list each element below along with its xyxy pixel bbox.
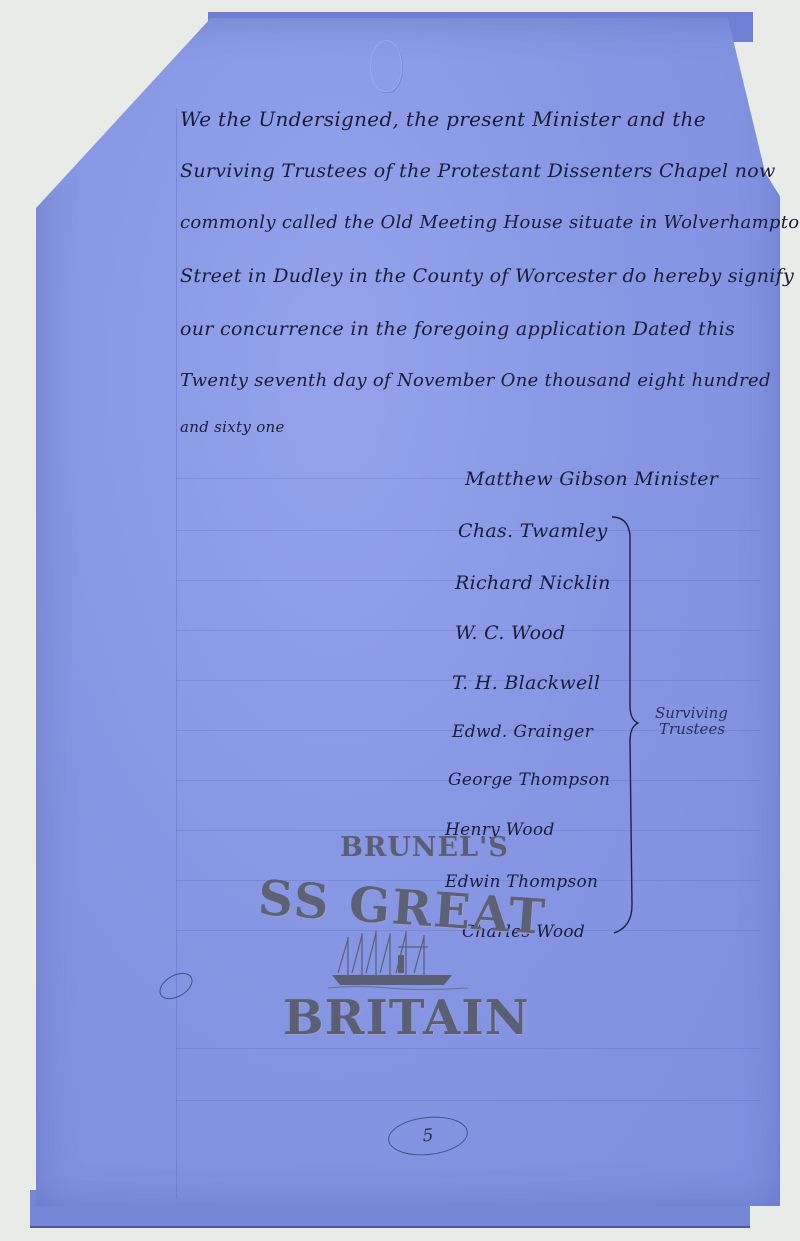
body-line-3: commonly called the Old Meeting House si… <box>180 212 800 233</box>
body-line-6: Twenty seventh day of November One thous… <box>180 370 771 391</box>
margin-rule <box>176 108 177 1198</box>
trustee-signature: Edwd. Grainger <box>452 722 593 742</box>
body-line-1: We the Undersigned, the present Minister… <box>180 107 706 131</box>
watermark-brunels: BRUNEL'S <box>340 832 509 863</box>
trustee-signature: T. H. Blackwell <box>452 672 600 694</box>
body-line-2: Surviving Trustees of the Protestant Dis… <box>180 160 776 182</box>
steamship-icon <box>328 925 468 991</box>
curly-brace-icon <box>610 515 646 935</box>
brace-label-line-2: Trustees <box>655 721 728 737</box>
watermark-britain: BRITAIN <box>283 990 530 1046</box>
ruled-line <box>176 1100 760 1101</box>
minister-signature: Matthew Gibson Minister <box>465 468 718 490</box>
trustee-signature: W. C. Wood <box>455 622 566 644</box>
body-line-5: our concurrence in the foregoing applica… <box>180 318 735 340</box>
surviving-trustees-label: Surviving Trustees <box>655 705 728 737</box>
trustee-signature: Chas. Twamley <box>458 520 608 542</box>
body-line-7: and sixty one <box>180 418 285 436</box>
brace-label-line-1: Surviving <box>655 705 728 721</box>
trustee-signature: George Thompson <box>448 770 610 790</box>
body-line-4: Street in Dudley in the County of Worces… <box>180 265 794 287</box>
ruled-line <box>176 1048 760 1049</box>
trustee-signature: Richard Nicklin <box>455 572 611 594</box>
embossed-seal-icon <box>370 40 402 92</box>
